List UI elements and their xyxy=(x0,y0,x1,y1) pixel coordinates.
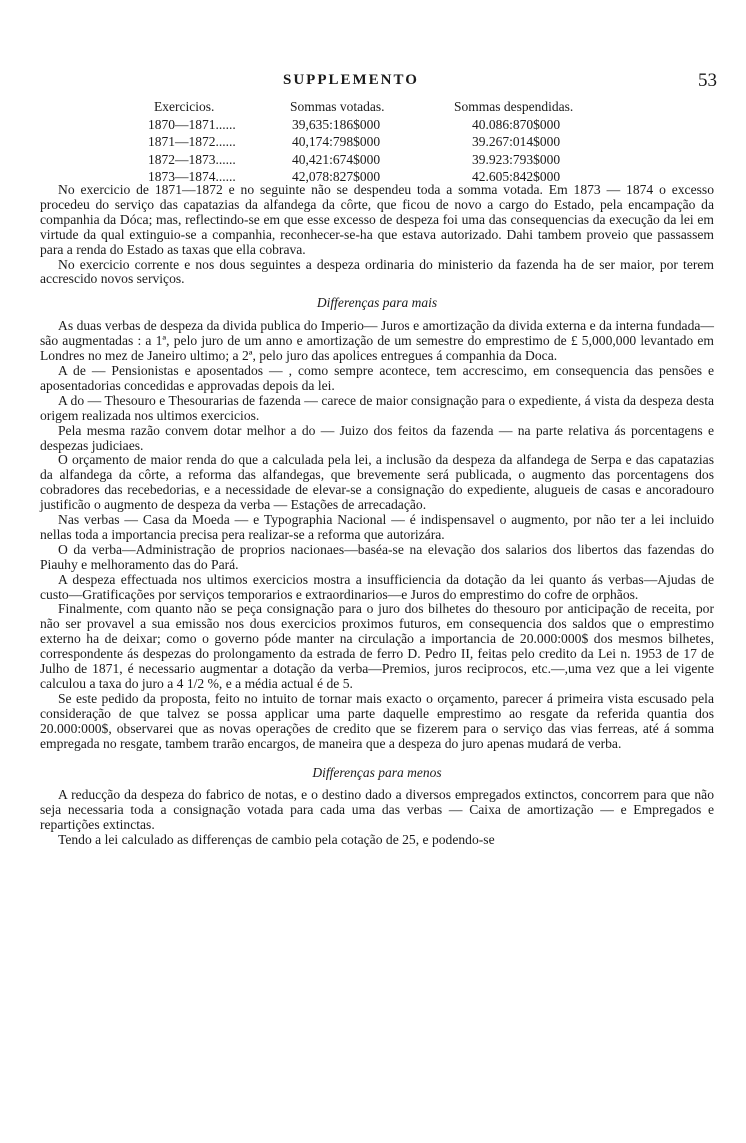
paragraph: O da verba—Administração de proprios nac… xyxy=(40,543,714,573)
table-header-row: Exercicios. Sommas votadas. Sommas despe… xyxy=(148,98,642,116)
running-title: SUPPLEMENTO xyxy=(283,72,419,89)
paragraph: Se este pedido da proposta, feito no int… xyxy=(40,692,714,752)
paragraph: Tendo a lei calculado as differenças de … xyxy=(40,833,714,848)
cell-despendidas: 39.923:793$000 xyxy=(452,151,642,169)
cell-votadas: 40,421:674$000 xyxy=(276,151,452,169)
cell-exercicio: 1871—1872...... xyxy=(148,133,276,151)
expenditure-table: Exercicios. Sommas votadas. Sommas despe… xyxy=(148,98,642,186)
paragraph: A reducção da despeza do fabrico de nota… xyxy=(40,788,714,833)
cell-votadas: 39,635:186$000 xyxy=(276,116,452,134)
paragraph: Pela mesma razão convem dotar melhor a d… xyxy=(40,424,714,454)
paragraph: A despeza effectuada nos ultimos exercic… xyxy=(40,573,714,603)
paragraph: No exercicio de 1871—1872 e no seguinte … xyxy=(40,183,714,258)
cell-exercicio: 1870—1871...... xyxy=(148,116,276,134)
document-page: SUPPLEMENTO 53 Exercicios. Sommas votada… xyxy=(0,0,746,1143)
column-header-exercicios: Exercicios. xyxy=(148,98,282,116)
table-row: 1872—1873...... 40,421:674$000 39.923:79… xyxy=(148,151,642,169)
section-heading-mais: Differenças para mais xyxy=(40,296,714,311)
table-row: 1870—1871...... 39,635:186$000 40.086:87… xyxy=(148,116,642,134)
cell-despendidas: 40.086:870$000 xyxy=(452,116,642,134)
table-row: 1871—1872...... 40,174:798$000 39.267:01… xyxy=(148,133,642,151)
body-text: No exercicio de 1871—1872 e no seguinte … xyxy=(40,183,714,848)
cell-exercicio: 1872—1873...... xyxy=(148,151,276,169)
cell-votadas: 40,174:798$000 xyxy=(276,133,452,151)
paragraph: A de — Pensionistas e aposentados — , co… xyxy=(40,364,714,394)
paragraph: A do — Thesouro e Thesourarias de fazend… xyxy=(40,394,714,424)
paragraph: No exercicio corrente e nos dous seguint… xyxy=(40,258,714,288)
cell-despendidas: 39.267:014$000 xyxy=(452,133,642,151)
page-number: 53 xyxy=(698,70,717,92)
paragraph: Finalmente, com quanto não se peça consi… xyxy=(40,602,714,691)
column-header-votadas: Sommas votadas. xyxy=(282,98,450,116)
section-heading-menos: Differenças para menos xyxy=(40,766,714,781)
paragraph: Nas verbas — Casa da Moeda — e Typograph… xyxy=(40,513,714,543)
column-header-despendidas: Sommas despendidas. xyxy=(450,98,624,116)
page-header: SUPPLEMENTO 53 xyxy=(0,72,746,96)
paragraph: As duas verbas de despeza da divida publ… xyxy=(40,319,714,364)
paragraph: O orçamento de maior renda do que a calc… xyxy=(40,453,714,513)
